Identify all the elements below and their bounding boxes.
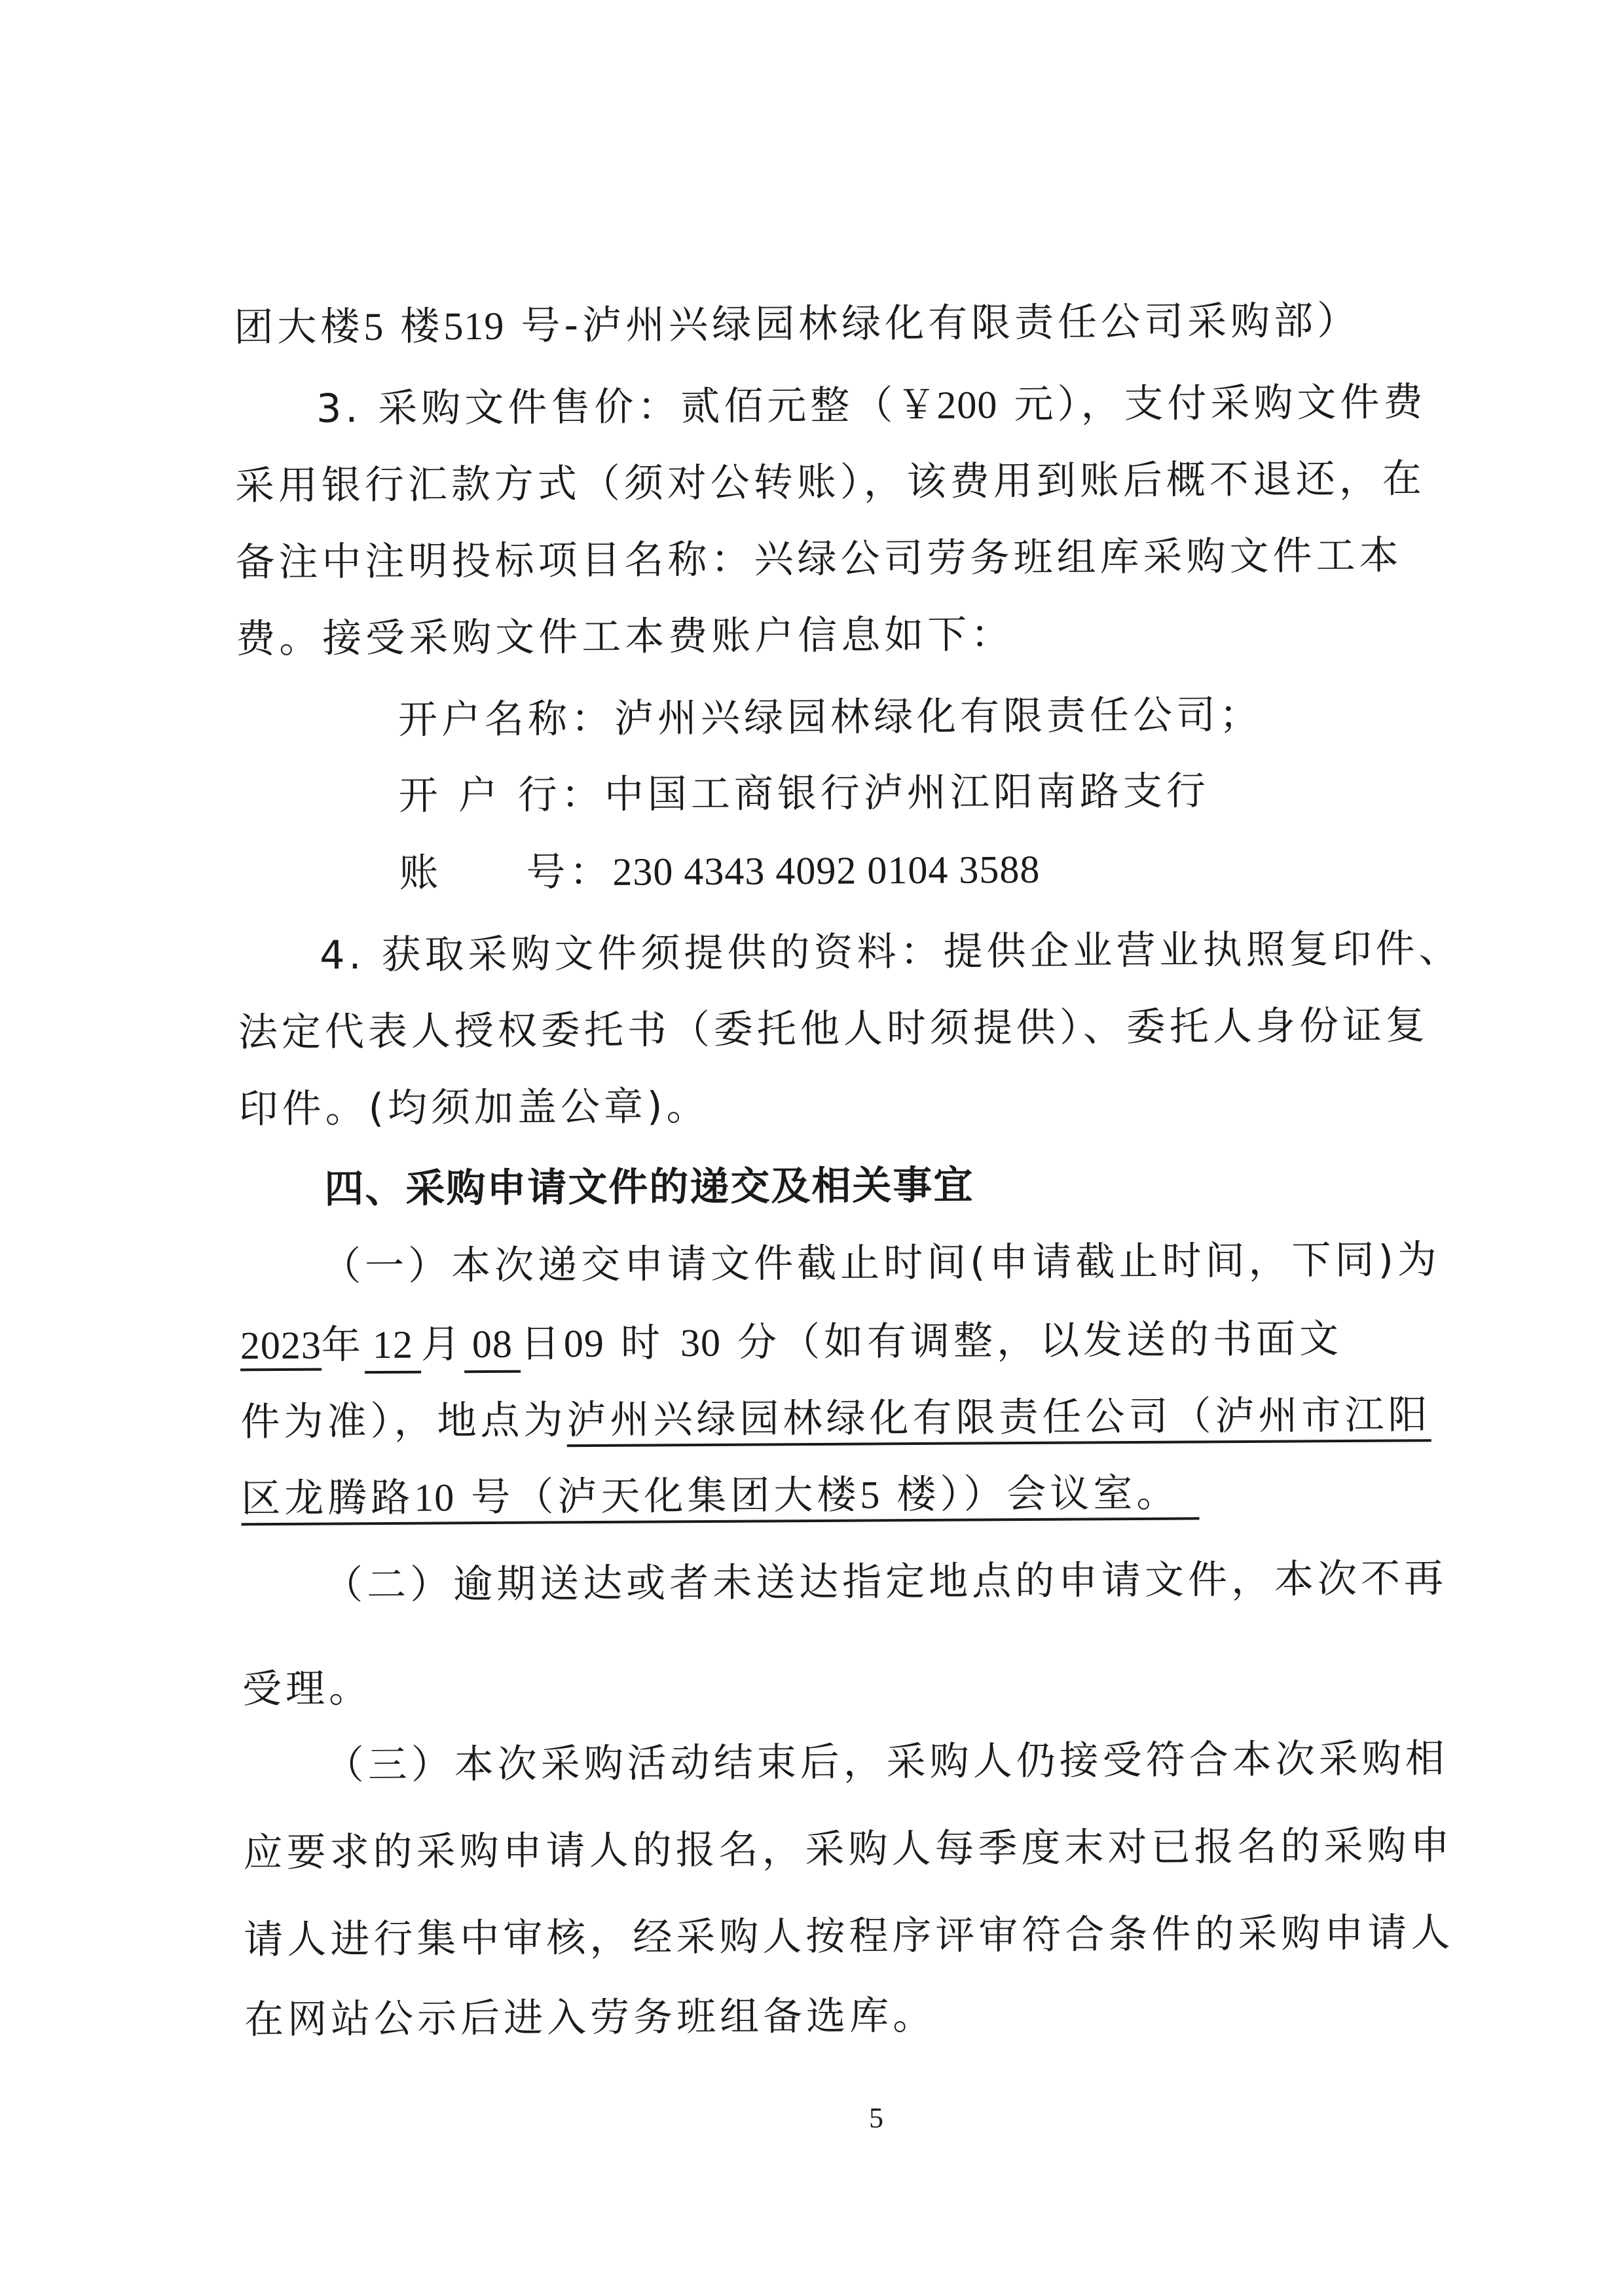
deadline-year: 2023	[240, 1324, 322, 1372]
item3-line4: 费。接受采购文件工本费账户信息如下：	[236, 606, 1454, 665]
item3-line2: 采用银行汇款方式（须对公转账），该费用到账后概不退还，在	[235, 452, 1453, 512]
continuation-line: 团大楼5 楼519 号-泸州兴绿园林绿化有限责任公司采购部）	[234, 294, 1452, 354]
text: 年	[322, 1322, 365, 1368]
section-heading: 四、采购申请文件的递交及相关事宜	[324, 1156, 1542, 1215]
account-name-row: 开户名称：泸州兴绿园林绿化有限责任公司；	[398, 686, 1616, 746]
page-number: 5	[869, 2101, 883, 2134]
submission-location-cont: 区龙腾路10 号（泸天化集团大楼5 楼））会议室。	[241, 1470, 1200, 1525]
text: 日	[521, 1321, 564, 1366]
text: 分	[737, 1319, 781, 1365]
price-amount: ￥200	[896, 383, 997, 427]
item3-line3: 备注中注明投标项目名称：兴绿公司劳务班组库采购文件工本	[235, 529, 1453, 589]
sub2-line2: 受理。	[242, 1656, 1460, 1715]
number: 519	[443, 304, 504, 348]
item4-line1: 4. 获取采购文件须提供的资料：提供企业营业执照复印件、	[320, 922, 1538, 981]
account-number-label: 账	[399, 850, 442, 896]
account-name-value: 泸州兴绿园林绿化有限责任公司；	[614, 692, 1263, 742]
text: 号（泸天化集团大楼	[471, 1472, 860, 1521]
sub1-line4: 区龙腾路10 号（泸天化集团大楼5 楼））会议室。	[241, 1465, 1459, 1525]
number: 5	[860, 1473, 880, 1516]
submission-location: 泸州兴绿园林绿化有限责任公司（泸州市江阳	[566, 1392, 1431, 1447]
text: 区龙腾路	[241, 1475, 414, 1522]
item4-line2: 法定代表人授权委托书（委托他人时须提供）、委托人身份证复	[238, 999, 1456, 1059]
sub3-line2: 应要求的采购申请人的报名，采购人每季度末对已报名的采购申	[243, 1819, 1461, 1879]
deadline-minute: 30	[680, 1321, 721, 1364]
text: 元），支付采购文件费	[1014, 379, 1426, 428]
sub1-line3: 件为准），地点为泸州兴绿园林绿化有限责任公司（泸州市江阳	[240, 1389, 1458, 1448]
text: （如有调整，以发送的书面文	[781, 1316, 1342, 1365]
deadline-day: 08	[464, 1318, 521, 1374]
text: 号-泸州兴绿园林绿化有限责任公司采购部）	[521, 298, 1360, 349]
deadline-month: 12	[365, 1319, 422, 1374]
sub3-line1: （三）本次采购活动结束后，采购人仍接受符合本次采购相	[325, 1732, 1543, 1791]
account-number-label-2: 号：	[526, 849, 612, 896]
document-page: 团大楼5 楼519 号-泸州兴绿园林绿化有限责任公司采购部） 3. 采购文件售价…	[0, 0, 1624, 2296]
sub1-line1: （一）本次递交申请文件截止时间(申请截止时间，下同)为	[322, 1233, 1540, 1292]
sub3-line3: 请人进行集中审核，经采购人按程序评审符合条件的采购申请人	[244, 1906, 1462, 1966]
text: 月	[421, 1321, 464, 1367]
text: 楼	[400, 303, 443, 349]
account-number-value: 230 4343 4092 0104 3588	[612, 848, 1040, 894]
text: 3. 采购文件售价：贰佰元整（	[316, 382, 897, 431]
sub3-line4: 在网站公示后进入劳务班组备选库。	[244, 1986, 1462, 2046]
text: 团大楼	[234, 304, 363, 350]
item3-line1: 3. 采购文件售价：贰佰元整（￥200 元），支付采购文件费	[316, 375, 1534, 435]
account-bank-label: 开 户 行：	[399, 772, 605, 819]
account-bank-value: 中国工商银行泸州江阳南路支行	[604, 768, 1209, 818]
sub1-line2: 2023年12月08日09 时 30 分（如有调整，以发送的书面文	[240, 1312, 1458, 1374]
account-bank-row: 开 户 行：中国工商银行泸州江阳南路支行	[398, 762, 1616, 822]
sub2-line1: （二）逾期送达或者未送达指定地点的申请文件，本次不再	[323, 1552, 1541, 1611]
account-name-label: 开户名称：	[398, 696, 614, 743]
deadline-hour: 09	[564, 1322, 604, 1365]
text: 楼））会议室。	[896, 1470, 1179, 1518]
number: 10	[414, 1476, 454, 1519]
account-number-row: 账号：230 4343 4092 0104 3588	[399, 839, 1617, 899]
text: 时	[621, 1320, 664, 1366]
number: 5	[363, 305, 384, 348]
text: 件为准），地点为	[240, 1397, 566, 1445]
item4-line3: 印件。(均须加盖公章)。	[238, 1076, 1456, 1135]
